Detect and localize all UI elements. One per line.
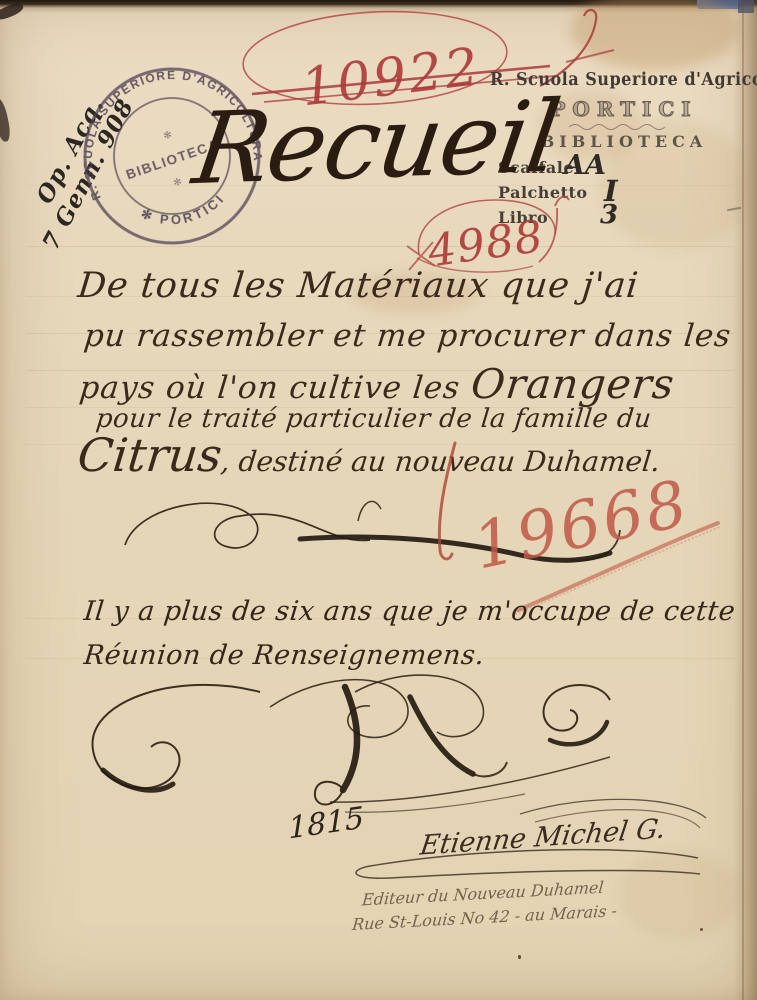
body-line-3-emphasis: Orangers [469,360,677,408]
flourish-right-curl [544,685,610,731]
body-line-3-text: pays où l'on cultive les [78,370,473,406]
shelfmark-divider-squiggle [569,122,679,130]
signature-upper-stroke [520,799,706,818]
flourish-mid-loop [270,680,408,738]
ink-edge-mark [0,97,12,143]
note-line-1: Il y a plus de six ans que je m'occupe d… [82,596,737,627]
body-line-5-emphasis: Citrus [75,428,224,482]
manuscript-title-page: Op. Acq. 7 Genn. 908 R. SCUOLA SUPERIORE… [0,0,757,1000]
body-line-3: pays où l'on cultive les Orangers [77,360,677,408]
body-line-1: De tous les Matériaux que j'ai [76,266,641,306]
ink-speck [700,928,703,931]
stamp-ornament-bottom: ✻ [172,177,182,190]
flourish-right-thick [550,722,607,744]
flourish-stem2-tail [473,762,507,776]
stamp-ornament-top: ✻ [162,130,172,143]
red-check-stroke [439,443,455,559]
flourish-left-thick [103,770,173,790]
flourish-thick-stem [343,687,357,790]
shelfmark-row-value: 3 [600,200,618,230]
inventory-number-value: 19668 [467,467,696,585]
inventory-number-19668: 19668 [415,428,757,623]
shelfmark-row-value: AA [564,150,606,181]
ink-speck [518,955,521,959]
divider-loop [125,503,370,548]
divider-hook [358,501,381,521]
body-line-2: pu rassembler et me procurer dans les [82,318,733,354]
flourish-mid-loop2 [355,675,484,737]
flourish-left-spiral [93,685,260,788]
strike-flourish-tick [566,50,614,62]
